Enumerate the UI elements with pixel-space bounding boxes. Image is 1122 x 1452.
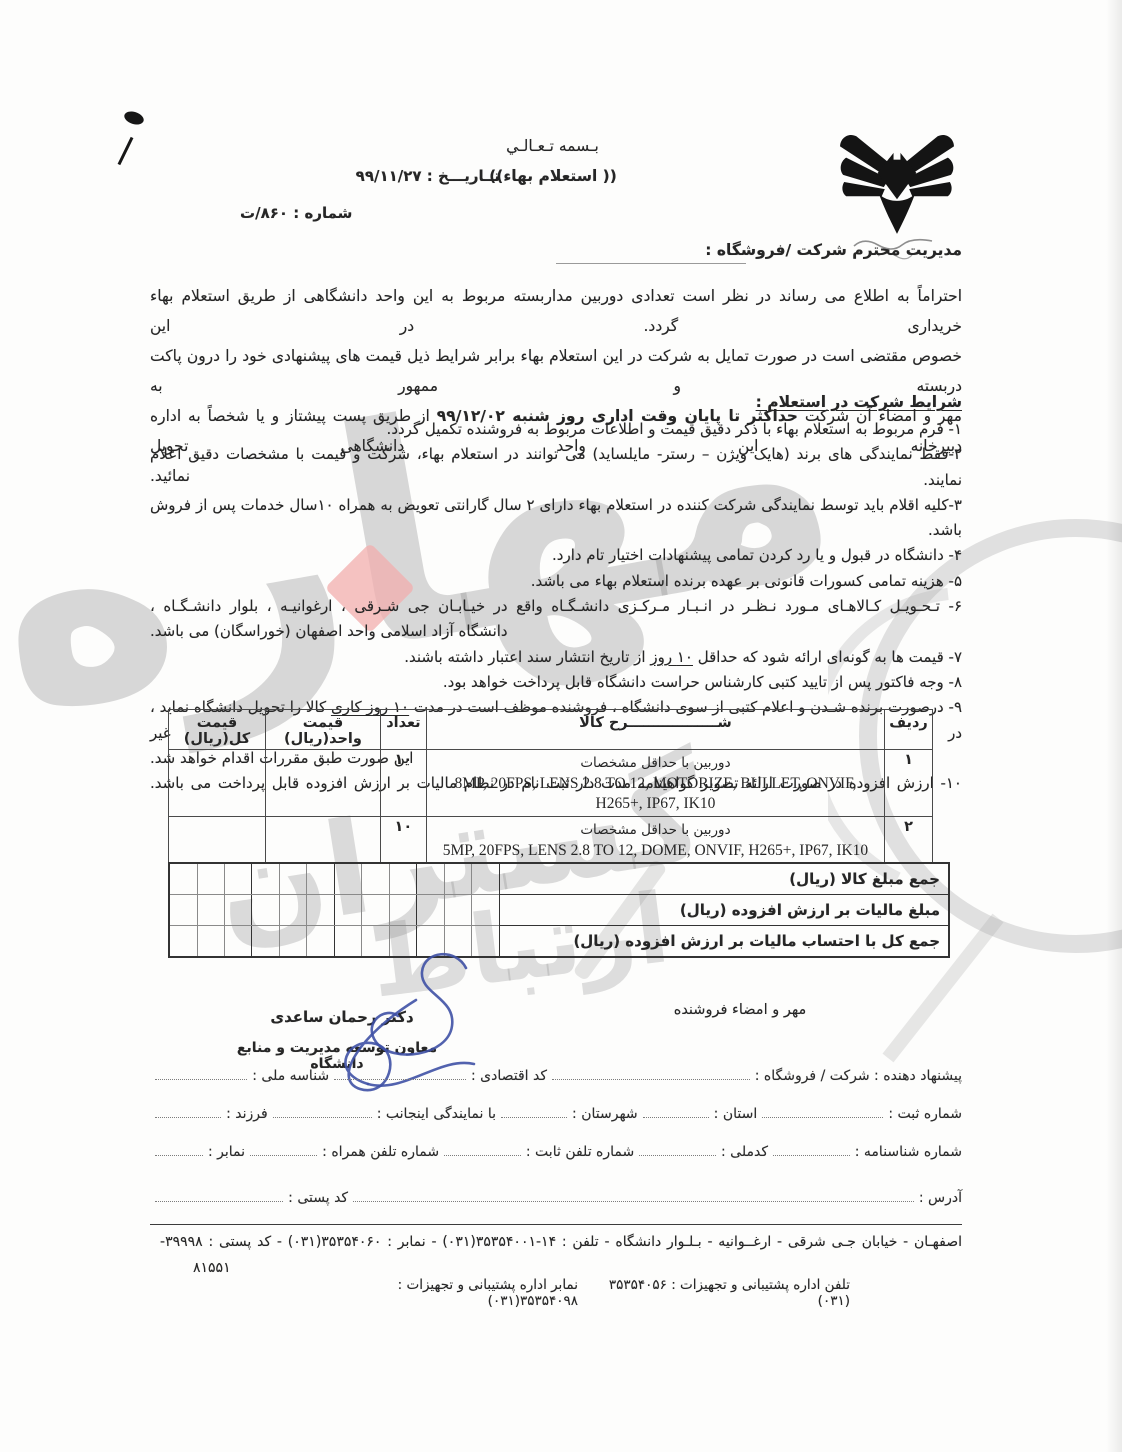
digit-cell: [252, 863, 279, 895]
row-number: ۲: [885, 817, 933, 864]
condition-line: ۷- قیمت ها به گونه‌ای ارائه شود که حداقل…: [150, 645, 962, 670]
condition-pre: ۷- قیمت ها به گونه‌ای ارائه شود که حداقل: [693, 648, 962, 666]
form-fill-line: [643, 1114, 709, 1118]
form-field-label: با نمایندگی اینجانب :: [377, 1106, 496, 1122]
totals-label: جمع مبلغ کالا (ریال): [499, 863, 949, 895]
digit-cell: [225, 926, 252, 958]
digit-cell: [225, 895, 252, 926]
totals-row: جمع کل با احتساب مالیات بر ارزش افزوده (…: [169, 926, 949, 958]
digit-cell: [197, 926, 224, 958]
condition-line: دانشگاه آزاد اسلامی واحد اصفهان (خوراسگا…: [150, 619, 962, 644]
condition-line: ۲-فقط نمایندگی های برند (هایک ویژن – رست…: [150, 442, 962, 493]
digit-cell: [444, 863, 471, 895]
item-description: دوربین با حداقل مشخصات 8MP, 20FPS, LENS …: [426, 750, 884, 817]
form-fill-line: [773, 1152, 850, 1156]
footer-address: اصفهـان - خیابان جـی شرقی - ارغــوانیه -…: [160, 1234, 962, 1250]
items-table: ردیف شــــــــــــــــــرح کالا تعداد قی…: [168, 709, 933, 864]
totals-row: جمع مبلغ کالا (ریال): [169, 863, 949, 895]
intro-line: احتراماً به اطلاع می رساند در نظر است تع…: [150, 281, 962, 341]
condition-line: ۶- تـحـویـل کـالاهـای مـورد نـظـر در انـ…: [150, 594, 962, 619]
form-field-label: شماره ثبت :: [888, 1106, 962, 1122]
item-total-price: [169, 750, 266, 817]
condition-line: ۵- هزینه تمامی کسورات قانونی بر عهده برن…: [150, 569, 962, 594]
form-field-label: پیشنهاد دهنده : شرکت / فروشگاه :: [755, 1068, 962, 1084]
conditions-title: شرایط شرکت در استعلام :: [150, 393, 962, 411]
support-fax: نمابر اداره پشتیبانی و تجهیزات : ۳۵۳۵۴۰۹…: [325, 1277, 578, 1309]
scanned-price-inquiry-document: مهاره گستران ارتباط: [0, 0, 1122, 1452]
totals-table: جمع مبلغ کالا (ریال) مبلغ مالیات بر ارزش…: [168, 862, 950, 958]
digit-cell: [252, 895, 279, 926]
support-phone: تلفن اداره پشتیبانی و تجهیزات : ۳۵۳۵۴۰۵۶…: [580, 1277, 850, 1309]
digit-cell: [197, 895, 224, 926]
item-unit-price: [265, 817, 380, 864]
digit-cell: [417, 895, 444, 926]
form-field-label: کد اقتصادی :: [471, 1068, 547, 1084]
totals-label: مبلغ مالیات بر ارزش افزوده (ریال): [499, 895, 949, 926]
form-fill-line: [250, 1152, 317, 1156]
form-field-label: شهرستان :: [572, 1106, 638, 1122]
number-value: ۸۶۰/ت: [240, 204, 288, 222]
digit-cell: [307, 863, 334, 895]
digit-cell: [444, 895, 471, 926]
col-quantity: تعداد: [380, 710, 426, 750]
vendor-form-row: پیشنهاد دهنده : شرکت / فروشگاه : کد اقتص…: [150, 1068, 962, 1084]
item-description-en: H265+, IP67, IK10: [431, 794, 880, 814]
form-field-label: کد پستی :: [288, 1190, 348, 1206]
form-fill-line: [501, 1114, 567, 1118]
footer-divider: [150, 1224, 962, 1225]
col-total-price: قیمت کل(ریال): [169, 710, 266, 750]
form-fill-line: [444, 1152, 521, 1156]
item-description-en: 5MP, 20FPS, LENS 2.8 TO 12, DOME, ONVIF,…: [431, 841, 880, 861]
form-field-label: کدملی :: [721, 1144, 768, 1160]
form-fill-line: [273, 1114, 372, 1118]
digit-cell: [362, 895, 389, 926]
digit-cell: [389, 863, 416, 895]
seller-signature-label: مهر و امضاء فروشنده: [655, 1002, 825, 1018]
form-fill-line: [155, 1114, 221, 1118]
digit-cell: [417, 863, 444, 895]
conditions-title-text: شرایط شرکت در استعلام :: [756, 393, 962, 411]
form-fill-line: [639, 1152, 716, 1156]
form-field-label: شناسه ملی :: [252, 1068, 329, 1084]
item-description: دوربین با حداقل مشخصات 5MP, 20FPS, LENS …: [426, 817, 884, 864]
intro-line: خصوص مقتضی است در صورت تمایل به شرکت در …: [150, 341, 962, 401]
digit-cell: [279, 895, 306, 926]
row-number: ۱: [885, 750, 933, 817]
table-row: ۲ دوربین با حداقل مشخصات 5MP, 20FPS, LEN…: [169, 817, 933, 864]
date-line: تــاريـــخ : ۹۹/۱۱/۲۷: [300, 167, 500, 185]
table-row: ۱ دوربین با حداقل مشخصات 8MP, 20FPS, LEN…: [169, 750, 933, 817]
vendor-form-row: آدرس : کد پستی :: [150, 1190, 962, 1206]
condition-line: ۸- وجه فاکتور پس از تایید کتبی کارشناس ح…: [150, 670, 962, 695]
condition-post: از تاریخ انتشار سند اعتبار داشته باشند.: [404, 648, 650, 666]
form-field-label: نمابر :: [208, 1144, 245, 1160]
form-field-label: فرزند :: [226, 1106, 268, 1122]
digit-cell: [472, 863, 499, 895]
digit-cell: [472, 895, 499, 926]
number-label: شماره :: [293, 204, 352, 222]
form-fill-line: [334, 1076, 466, 1080]
number-line: شماره : ۸۶۰/ت: [240, 204, 400, 222]
col-row-number: ردیف: [885, 710, 933, 750]
basmala: بـسمه تـعـالـي: [455, 137, 650, 155]
digit-cell: [169, 863, 197, 895]
item-description-en: 8MP, 20FPS, LENS 2.8 TO 12, MOTORIZE, BU…: [431, 774, 880, 794]
digit-cell: [169, 926, 197, 958]
item-quantity: ۱۰: [380, 750, 426, 817]
recipient-line: مدیریت محترم شرکت /فروشگاه :: [560, 241, 962, 259]
item-total-price: [169, 817, 266, 864]
digit-cell: [307, 895, 334, 926]
form-field-label: آدرس :: [919, 1190, 962, 1206]
document-content: بـسمه تـعـالـي (( استعلام بهاء)) تــاريـ…: [0, 0, 1122, 1452]
digit-cell: [334, 895, 361, 926]
digit-cell: [225, 863, 252, 895]
date-label: تــاريـــخ :: [427, 167, 500, 185]
vendor-form-row: شماره ثبت : استان : شهرستان : با نمایندگ…: [150, 1106, 962, 1122]
condition-line: ۱- فرم مربوط به استعلام بهاء با ذکر دقیق…: [150, 417, 962, 442]
form-field-label: شماره شناسنامه :: [855, 1144, 962, 1160]
condition-underlined: ۱۰ روز: [650, 648, 693, 666]
form-field-label: شماره تلفن همراه :: [322, 1144, 439, 1160]
totals-row: مبلغ مالیات بر ارزش افزوده (ریال): [169, 895, 949, 926]
item-description-fa: دوربین با حداقل مشخصات: [431, 819, 880, 841]
col-description: شــــــــــــــــــرح کالا: [426, 710, 884, 750]
form-fill-line: [762, 1114, 883, 1118]
form-fill-line: [552, 1076, 750, 1080]
digit-cell: [334, 863, 361, 895]
form-fill-line: [155, 1198, 283, 1202]
footer-postal-continuation: ۸۱۵۵۱: [193, 1260, 231, 1276]
item-unit-price: [265, 750, 380, 817]
digit-cell: [252, 926, 279, 958]
digit-cell: [197, 863, 224, 895]
condition-line: ۴- دانشگاه در قبول و یا رد کردن تمامی پی…: [150, 543, 962, 568]
col-unit-price: قیمت واحد(ریال): [265, 710, 380, 750]
form-fill-line: [353, 1198, 914, 1202]
digit-cell: [279, 863, 306, 895]
digit-cell: [389, 895, 416, 926]
form-field-label: استان :: [714, 1106, 758, 1122]
item-description-fa: دوربین با حداقل مشخصات: [431, 752, 880, 774]
form-field-label: شماره تلفن ثابت :: [526, 1144, 634, 1160]
vendor-form-row: شماره شناسنامه : کدملی : شماره تلفن ثابت…: [150, 1144, 962, 1160]
date-value: ۹۹/۱۱/۲۷: [356, 167, 422, 185]
digit-cell: [169, 895, 197, 926]
condition-line: ۳-کلیه اقلام باید توسط نمایندگی شرکت کنن…: [150, 493, 962, 544]
recipient-fill-line: [556, 263, 746, 264]
digit-cell: [362, 863, 389, 895]
university-logo-icon: [836, 126, 958, 236]
form-fill-line: [155, 1076, 247, 1080]
totals-label: جمع کل با احتساب مالیات بر ارزش افزوده (…: [499, 926, 949, 958]
items-table-header-row: ردیف شــــــــــــــــــرح کالا تعداد قی…: [169, 710, 933, 750]
item-quantity: ۱۰: [380, 817, 426, 864]
form-fill-line: [155, 1152, 203, 1156]
